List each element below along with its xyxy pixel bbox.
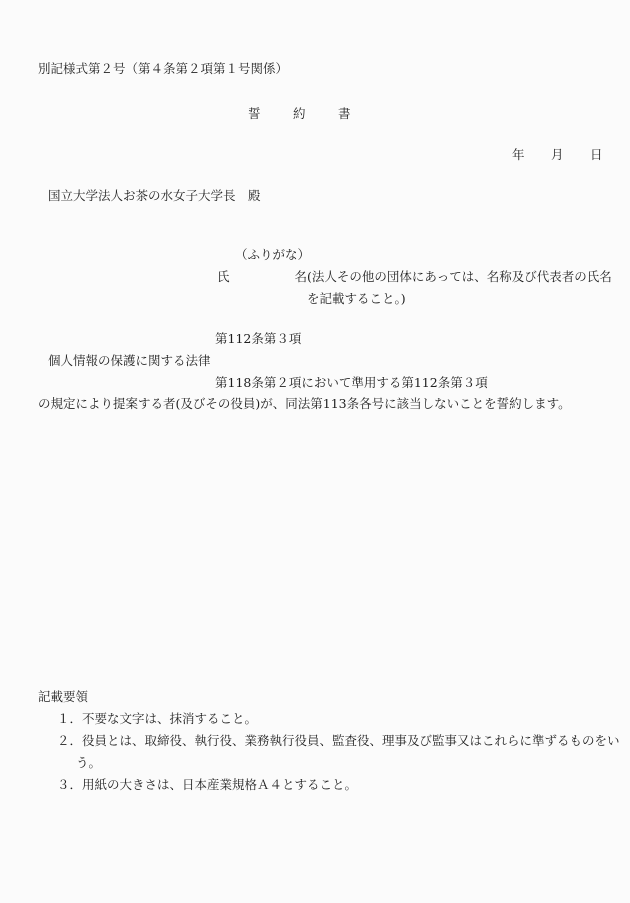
name-labels: 氏 名 bbox=[217, 266, 307, 288]
note-item: ２．役員とは、取締役、執行役、業務執行役員、監査役、理事及び監事又はこれらに準ず… bbox=[57, 730, 625, 774]
given-name-label: 名 bbox=[294, 266, 307, 288]
date-line: 年 月 日 bbox=[512, 144, 610, 166]
pledge-statement: の規定により提案する者(及びその役員)が、同法第113条各号に該当しないことを誓… bbox=[38, 393, 571, 415]
surname-label: 氏 bbox=[217, 266, 230, 288]
note-item: ３．用紙の大きさは、日本産業規格Ａ４とすること。 bbox=[57, 774, 625, 796]
form-number: 別記様式第２号（第４条第２項第１号関係） bbox=[38, 58, 288, 80]
notes-heading: 記載要領 bbox=[38, 686, 88, 708]
notes-list: １．不要な文字は、抹消すること。 ２．役員とは、取締役、執行役、業務執行役員、監… bbox=[57, 708, 625, 796]
addressee-line: 国立大学法人お茶の水女子大学長 殿 bbox=[48, 185, 261, 207]
clause-option-2: 第118条第２項において準用する第112条第３項 bbox=[215, 372, 488, 394]
clause-option-1: 第112条第３項 bbox=[215, 328, 301, 350]
note-item: １．不要な文字は、抹消すること。 bbox=[57, 708, 625, 730]
pledge-document-page: 別記様式第２号（第４条第２項第１号関係） 誓 約 書 年 月 日 国立大学法人お… bbox=[0, 0, 630, 903]
name-note: (法人その他の団体にあっては、名称及び代表者の氏名を記載すること。) bbox=[307, 266, 619, 310]
law-name: 個人情報の保護に関する法律 bbox=[48, 350, 211, 372]
document-title: 誓 約 書 bbox=[248, 103, 361, 125]
furigana-label: （ふりがな） bbox=[235, 244, 310, 266]
name-field-row: 氏 名 (法人その他の団体にあっては、名称及び代表者の氏名を記載すること。) bbox=[217, 266, 619, 310]
